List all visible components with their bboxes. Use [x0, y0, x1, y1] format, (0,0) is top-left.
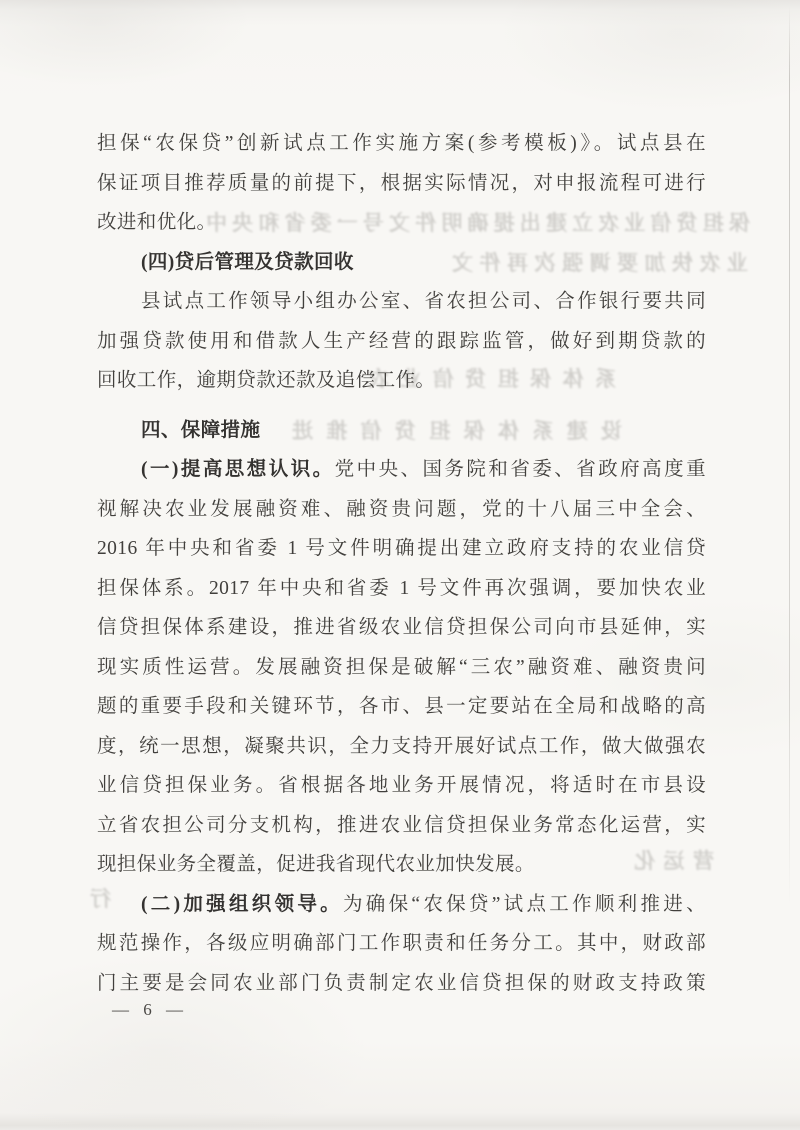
line-text: 视解决农业发展融资难、融资贵问题，党的十八届三中全会、: [97, 499, 706, 520]
line-text: 现实质性运营。发展融资担保是破解“三农”融资难、融资贵问: [97, 657, 706, 678]
text-line: 担保体系。2017 年中央和省委 1 号文件再次强调，要加快农业: [97, 569, 706, 609]
line-heading: (二)加强组织领导。: [141, 894, 343, 915]
text-line: 县试点工作领导小组办公室、省农担公司、合作银行要共同: [97, 282, 706, 322]
line-text: 规范操作，各级应明确部门工作职责和任务分工。其中，财政部: [97, 933, 706, 954]
text-line: 立省农担公司分支机构，推进农业信贷担保业务常态化运营，实: [97, 806, 706, 846]
text-line: 担保“农保贷”创新试点工作实施方案(参考模板)》。试点县在: [97, 124, 706, 164]
line-text: 回收工作，逾期贷款还款及追偿工作。: [97, 370, 435, 391]
text-line: 题的重要手段和关键环节，各市、县一定要站在全局和战略的高: [97, 687, 706, 727]
text-line: (四)贷后管理及贷款回收: [97, 243, 706, 283]
text-line: 度，统一思想，凝聚共识，全力支持开展好试点工作，做大做强农: [97, 727, 706, 767]
line-text: 加强贷款使用和借款人生产经营的跟踪监管，做好到期贷款的: [97, 331, 706, 352]
line-text: 保证项目推荐质量的前提下，根据实际情况，对申报流程可进行: [97, 173, 706, 194]
text-line: 2016 年中央和省委 1 号文件明确提出建立政府支持的农业信贷: [97, 529, 706, 569]
text-line: 规范操作，各级应明确部门工作职责和任务分工。其中，财政部: [97, 924, 706, 964]
line-text: 党中央、国务院和省委、省政府高度重: [335, 459, 706, 480]
text-line: 保证项目推荐质量的前提下，根据实际情况，对申报流程可进行: [97, 164, 706, 204]
scanned-page: 保担贷信业农立建出提确明件文号一委省和央中 业农快加要调强次再件文 系体保担贷信…: [0, 0, 800, 1130]
text-line: 门主要是会同农业部门负责制定农业信贷担保的财政支持政策: [97, 964, 706, 1004]
line-text: 县试点工作领导小组办公室、省农担公司、合作银行要共同: [141, 291, 706, 312]
text-line: (一)提高思想认识。党中央、国务院和省委、省政府高度重: [97, 450, 706, 490]
line-text: 度，统一思想，凝聚共识，全力支持开展好试点工作，做大做强农: [97, 736, 706, 757]
text-line: 视解决农业发展融资难、融资贵问题，党的十八届三中全会、: [97, 490, 706, 530]
text-line: 现实质性运营。发展融资担保是破解“三农”融资难、融资贵问: [97, 648, 706, 688]
text-line: 业信贷担保业务。省根据各地业务开展情况，将适时在市县设: [97, 766, 706, 806]
line-text: 担保“农保贷”创新试点工作实施方案(参考模板)》。试点县在: [97, 133, 706, 154]
text-line: 加强贷款使用和借款人生产经营的跟踪监管，做好到期贷款的: [97, 322, 706, 362]
text-line: 现担保业务全覆盖，促进我省现代农业加快发展。: [97, 845, 706, 885]
page-edge-line: [789, 6, 790, 906]
line-text: 信贷担保体系建设，推进省级农业信贷担保公司向市县延伸，实: [97, 617, 706, 638]
line-heading: (一)提高思想认识。: [141, 459, 335, 480]
line-text: 门主要是会同农业部门负责制定农业信贷担保的财政支持政策: [97, 973, 706, 994]
line-text: 改进和优化。: [97, 212, 216, 233]
text-line: 改进和优化。: [97, 203, 706, 243]
line-text: 担保体系。2017 年中央和省委 1 号文件再次强调，要加快农业: [97, 578, 706, 599]
line-text: 题的重要手段和关键环节，各市、县一定要站在全局和战略的高: [97, 696, 706, 717]
line-text: 现担保业务全覆盖，促进我省现代农业加快发展。: [97, 854, 535, 875]
line-heading: 四、保障措施: [141, 420, 260, 441]
text-line: 回收工作，逾期贷款还款及追偿工作。: [97, 361, 706, 401]
text-line: (二)加强组织领导。为确保“农保贷”试点工作顺利推进、: [97, 885, 706, 925]
text-line: 四、保障措施: [97, 411, 706, 451]
document-body: 担保“农保贷”创新试点工作实施方案(参考模板)》。试点县在保证项目推荐质量的前提…: [97, 124, 706, 1003]
text-line: 信贷担保体系建设，推进省级农业信贷担保公司向市县延伸，实: [97, 608, 706, 648]
line-text: 业信贷担保业务。省根据各地业务开展情况，将适时在市县设: [97, 775, 706, 796]
line-heading: (四)贷后管理及贷款回收: [141, 252, 354, 273]
line-text: 为确保“农保贷”试点工作顺利推进、: [343, 894, 706, 915]
line-text: 立省农担公司分支机构，推进农业信贷担保业务常态化运营，实: [97, 815, 706, 836]
page-number: — 6 —: [112, 1000, 188, 1020]
line-text: 2016 年中央和省委 1 号文件明确提出建立政府支持的农业信贷: [97, 538, 706, 559]
